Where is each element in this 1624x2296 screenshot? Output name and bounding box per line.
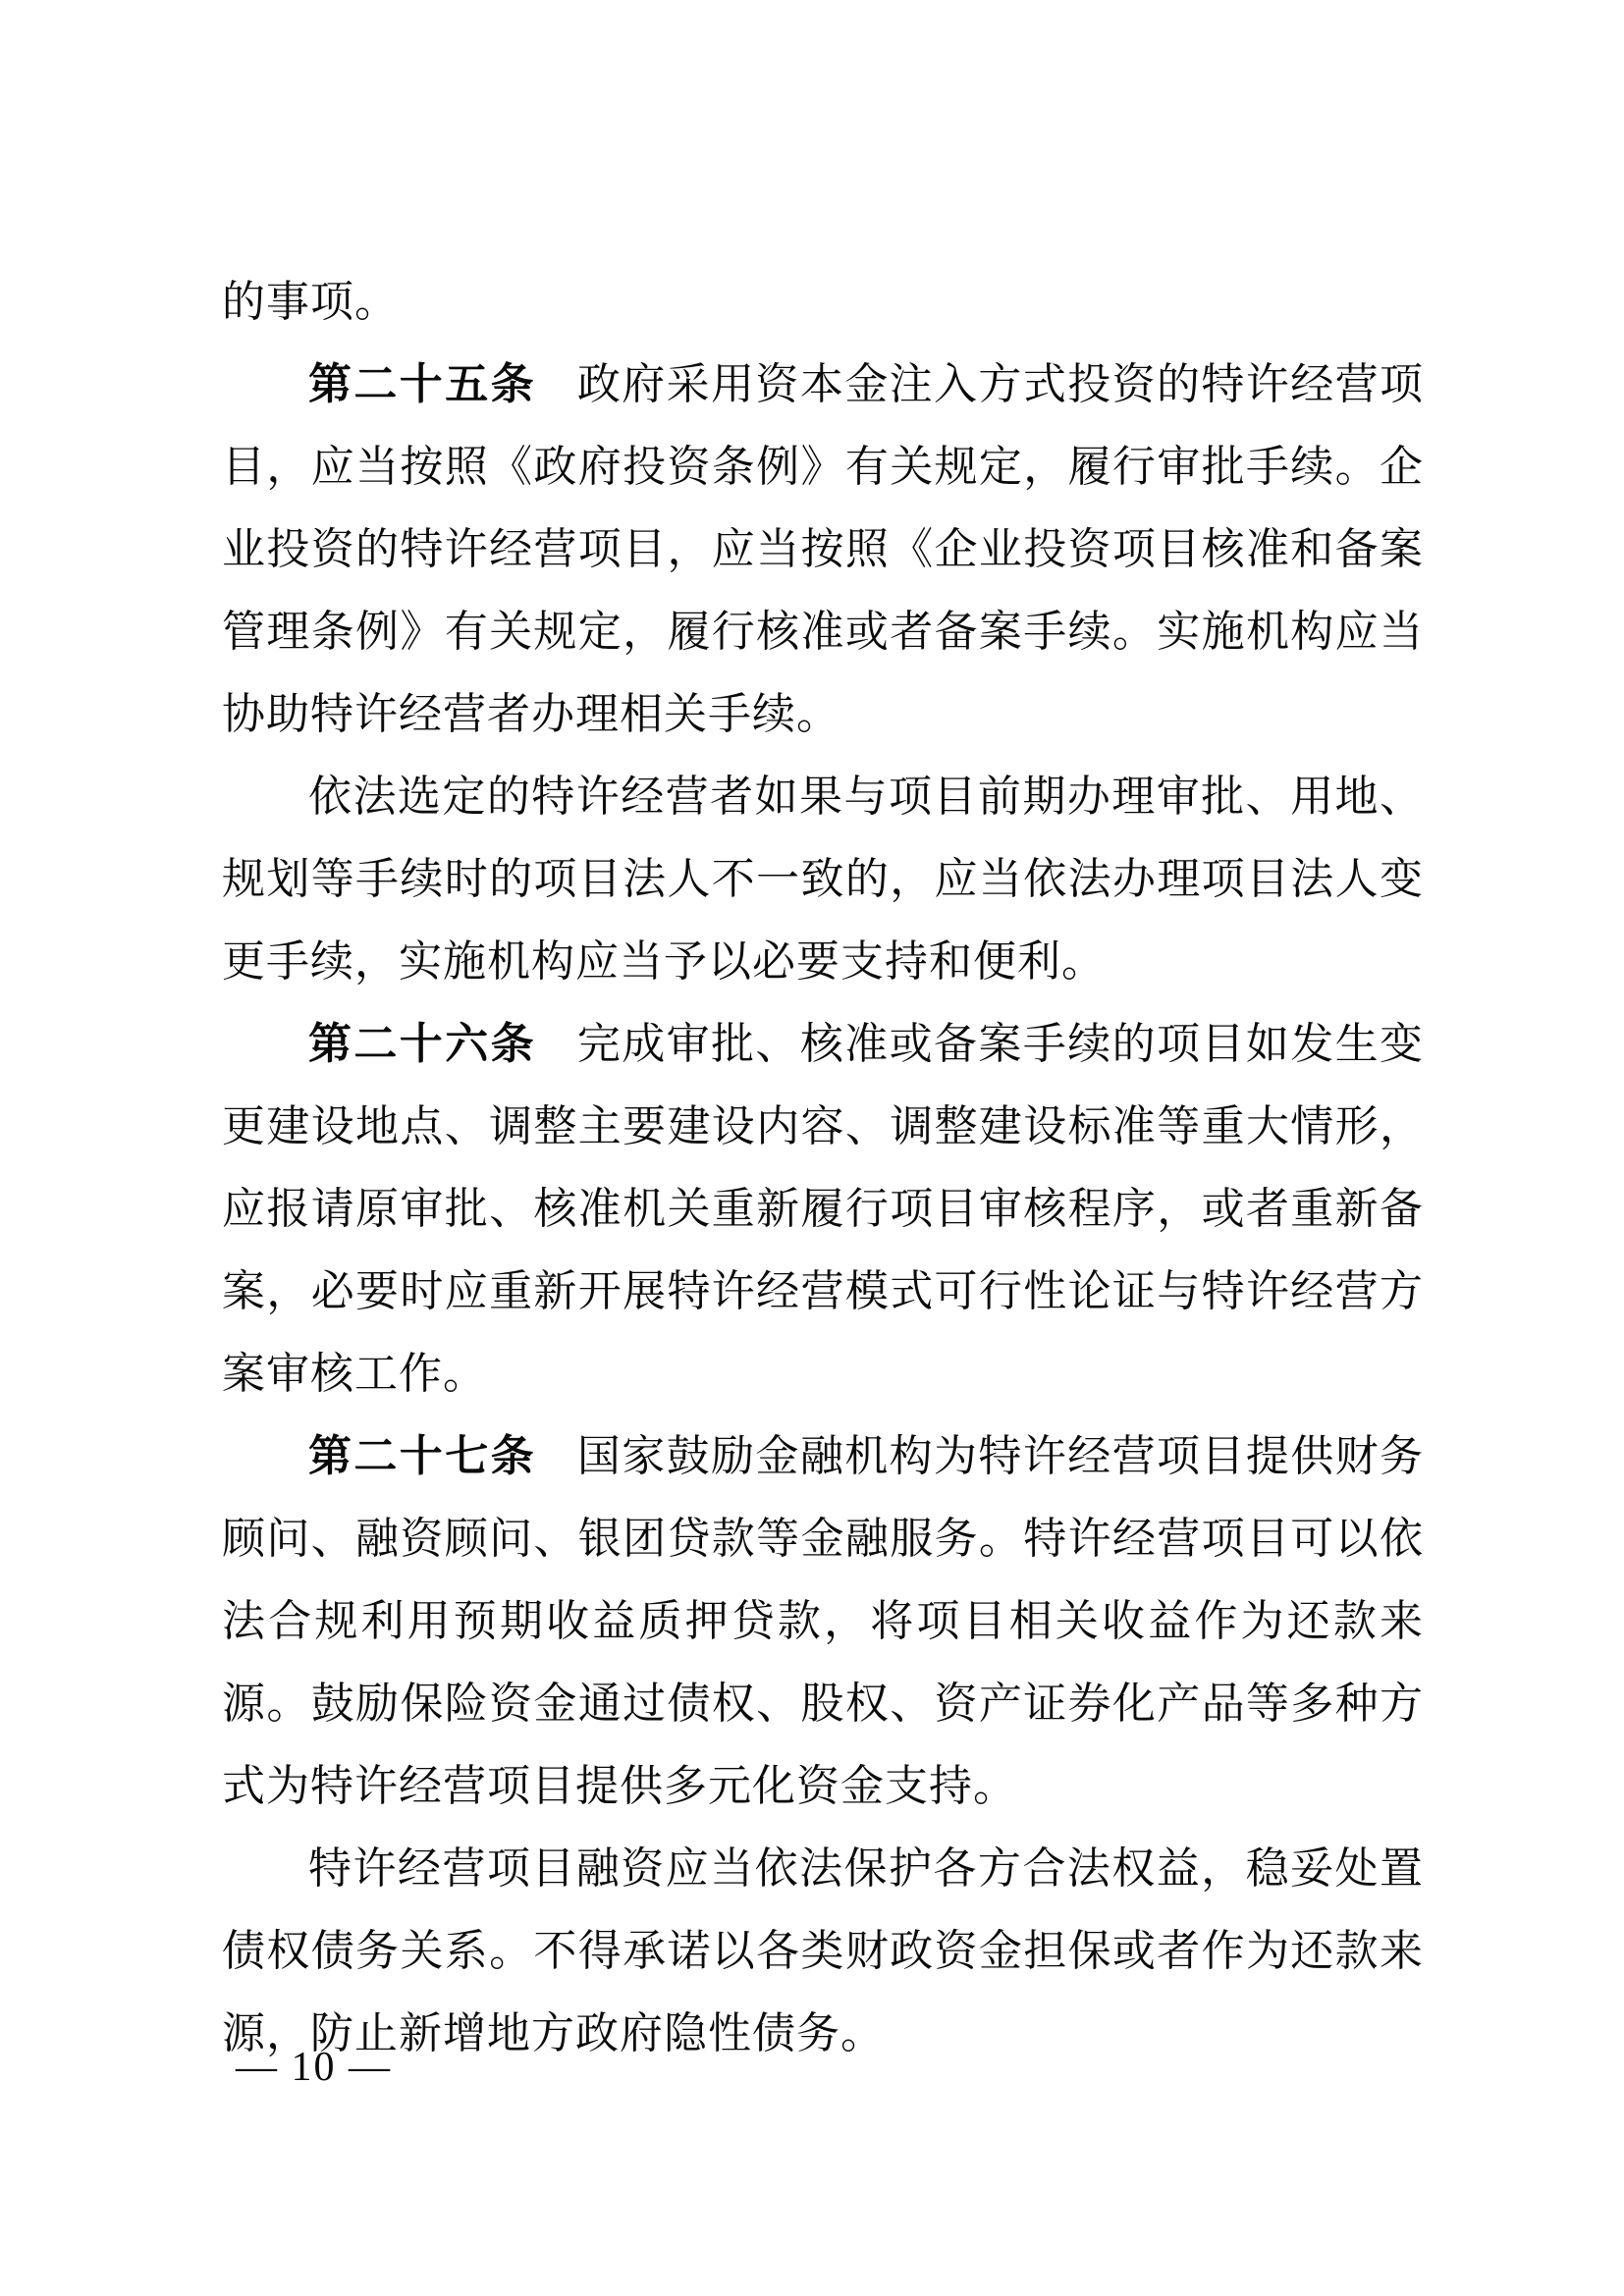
paragraph: 的事项。 [222, 261, 1424, 344]
paragraph-text: 完成审批、核准或备案手续的项目如发生变更建设地点、调整主要建设内容、调整建设标准… [222, 1020, 1424, 1398]
article-number: 第二十六条 [308, 1020, 536, 1068]
paragraph-text: 依法选定的特许经营者如果与项目前期办理审批、用地、规划等手续时的项目法人不一致的… [222, 773, 1424, 986]
article-number: 第二十五条 [308, 360, 536, 408]
paragraph: 第二十五条政府采用资本金注入方式投资的特许经营项目，应当按照《政府投资条例》有关… [222, 344, 1424, 756]
paragraph: 第二十六条完成审批、核准或备案手续的项目如发生变更建设地点、调整主要建设内容、调… [222, 1003, 1424, 1415]
paragraph: 依法选定的特许经营者如果与项目前期办理审批、用地、规划等手续时的项目法人不一致的… [222, 756, 1424, 1003]
page-number: — 10 — [236, 2044, 392, 2091]
document-body: 的事项。 第二十五条政府采用资本金注入方式投资的特许经营项目，应当按照《政府投资… [222, 261, 1424, 2075]
document-page: 的事项。 第二十五条政府采用资本金注入方式投资的特许经营项目，应当按照《政府投资… [0, 0, 1624, 2296]
article-number: 第二十七条 [308, 1432, 536, 1480]
paragraph-text: 政府采用资本金注入方式投资的特许经营项目，应当按照《政府投资条例》有关规定，履行… [222, 360, 1424, 738]
paragraph: 第二十七条国家鼓励金融机构为特许经营项目提供财务顾问、融资顾问、银团贷款等金融服… [222, 1415, 1424, 1828]
paragraph-text: 的事项。 [222, 278, 399, 326]
paragraph-text: 特许经营项目融资应当依法保护各方合法权益，稳妥处置债权债务关系。不得承诺以各类财… [222, 1844, 1424, 2057]
paragraph-text: 国家鼓励金融机构为特许经营项目提供财务顾问、融资顾问、银团贷款等金融服务。特许经… [222, 1432, 1424, 1810]
paragraph: 特许经营项目融资应当依法保护各方合法权益，稳妥处置债权债务关系。不得承诺以各类财… [222, 1828, 1424, 2075]
